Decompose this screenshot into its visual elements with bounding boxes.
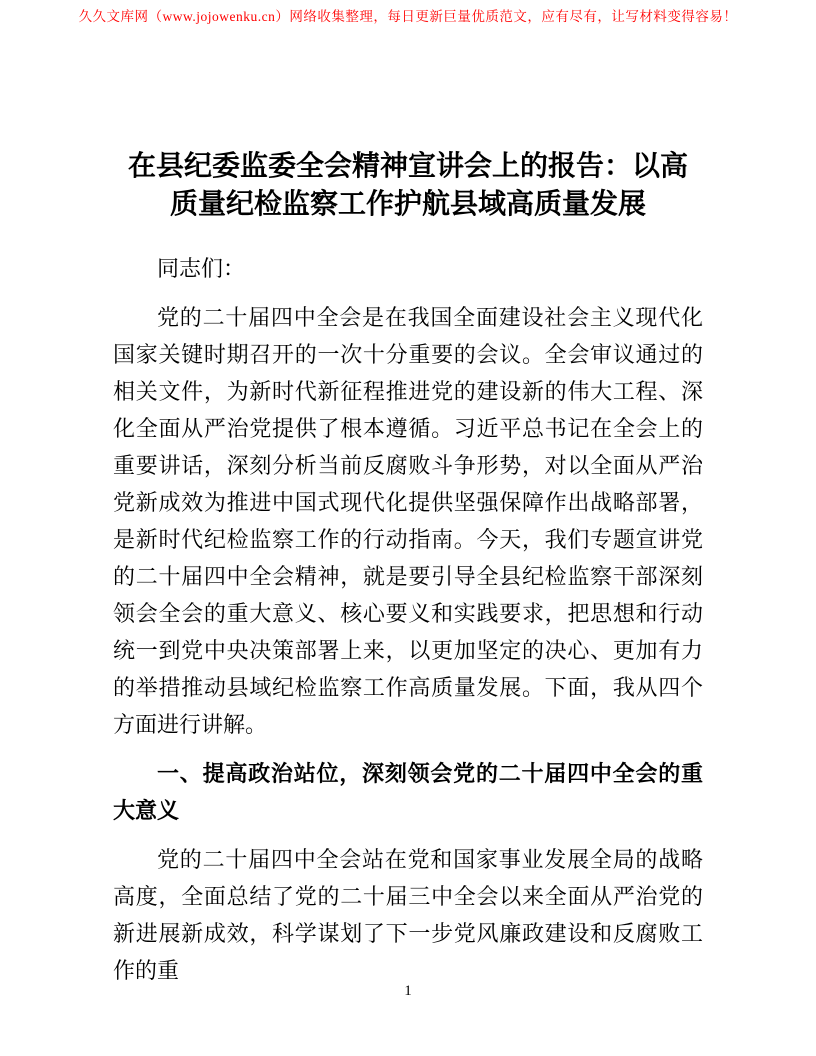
- document-title-line-1: 在县纪委监委全会精神宣讲会上的报告：以高: [128, 151, 688, 182]
- site-header-text: 久久文库网（www.jojowenku.cn）网络收集整理，每日更新巨量优质范文…: [0, 8, 816, 25]
- document-body: 同志们：党的二十届四中全会是在我国全面建设社会主义现代化国家关键时期召开的一次十…: [113, 250, 703, 989]
- salutation: 同志们：: [113, 250, 703, 287]
- body-paragraph: 党的二十届四中全会是在我国全面建设社会主义现代化国家关键时期召开的一次十分重要的…: [113, 299, 703, 743]
- document-title: 在县纪委监委全会精神宣讲会上的报告：以高 质量纪检监察工作护航县域高质量发展: [116, 148, 700, 224]
- document-title-line-2: 质量纪检监察工作护航县域高质量发展: [170, 189, 646, 220]
- section-heading: 一、提高政治站位，深刻领会党的二十届四中全会的重大意义: [113, 755, 703, 829]
- document-page: 在县纪委监委全会精神宣讲会上的报告：以高 质量纪检监察工作护航县域高质量发展 同…: [113, 148, 703, 1001]
- body-paragraph: 党的二十届四中全会站在党和国家事业发展全局的战略高度，全面总结了党的二十届三中全…: [113, 841, 703, 989]
- page-number: 1: [0, 983, 816, 1000]
